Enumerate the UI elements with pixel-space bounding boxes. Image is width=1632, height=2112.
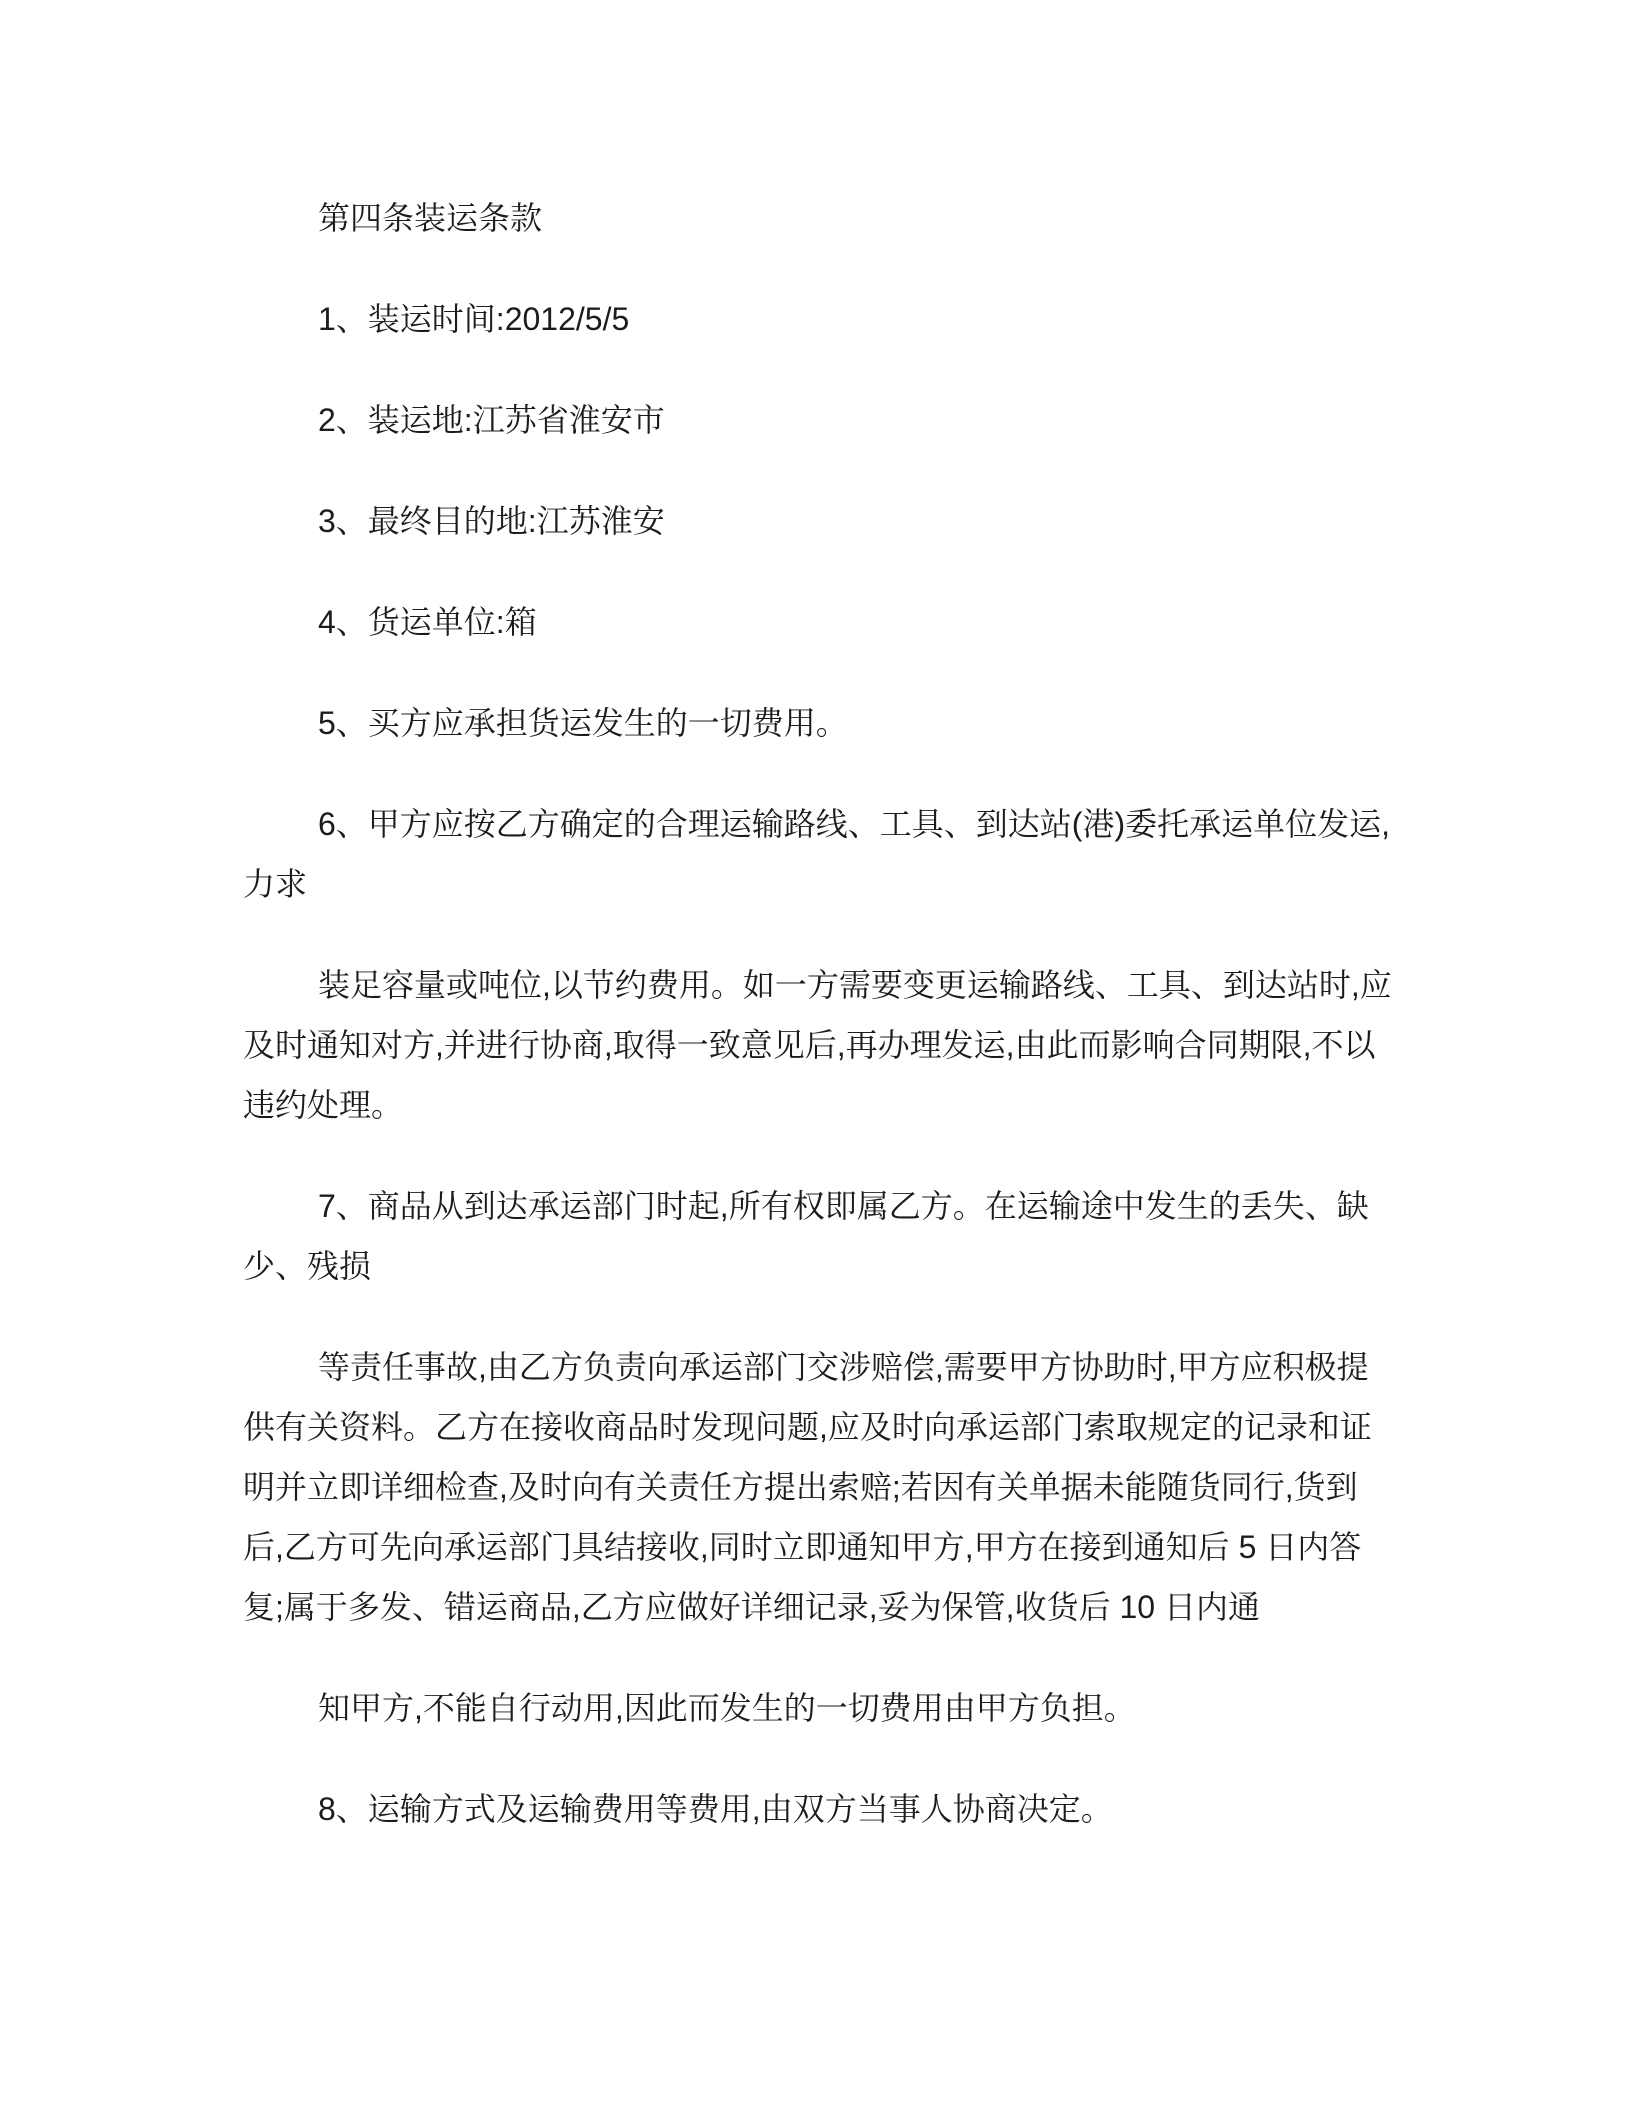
item-3-final-destination: 3、最终目的地:江苏淮安 — [243, 491, 1404, 551]
text-line: 装足容量或吨位,以节约费用。如一方需要变更运输路线、工具、到达站时,应 — [243, 955, 1404, 1015]
item-6-carrier-dispatch: 6、甲方应按乙方确定的合理运输路线、工具、到达站(港)委托承运单位发运,力求 — [243, 794, 1404, 914]
text-line: 3、最终目的地:江苏淮安 — [243, 491, 1404, 551]
item-8-transport-method: 8、运输方式及运输费用等费用,由双方当事人协商决定。 — [243, 1779, 1404, 1839]
item-4-freight-unit: 4、货运单位:箱 — [243, 592, 1404, 652]
text-line: 及时通知对方,并进行协商,取得一致意见后,再办理发运,由此而影响合同期限,不以 — [243, 1015, 1404, 1075]
para-notify-party-a: 知甲方,不能自行动用,因此而发生的一切费用由甲方负担。 — [243, 1678, 1404, 1738]
text-line: 2、装运地:江苏省淮安市 — [243, 390, 1404, 450]
text-line: 4、货运单位:箱 — [243, 592, 1404, 652]
text-line: 第四条装运条款 — [243, 188, 1404, 248]
text-line: 违约处理。 — [243, 1075, 1404, 1135]
text-line: 7、商品从到达承运部门时起,所有权即属乙方。在运输途中发生的丢失、缺 — [243, 1176, 1404, 1236]
para-capacity-and-route-change: 装足容量或吨位,以节约费用。如一方需要变更运输路线、工具、到达站时,应及时通知对… — [243, 955, 1404, 1135]
text-line: 等责任事故,由乙方负责向承运部门交涉赔偿,需要甲方协助时,甲方应积极提 — [243, 1337, 1404, 1397]
text-line: 6、甲方应按乙方确定的合理运输路线、工具、到达站(港)委托承运单位发运, — [243, 794, 1404, 854]
item-5-buyer-costs: 5、买方应承担货运发生的一切费用。 — [243, 693, 1404, 753]
text-line: 明并立即详细检查,及时向有关责任方提出索赔;若因有关单据未能随货同行,货到 — [243, 1457, 1404, 1517]
text-line: 力求 — [243, 854, 1404, 914]
document-page: 第四条装运条款1、装运时间:2012/5/52、装运地:江苏省淮安市3、最终目的… — [0, 0, 1632, 2112]
text-line: 复;属于多发、错运商品,乙方应做好详细记录,妥为保管,收货后 10 日内通 — [243, 1577, 1404, 1637]
text-line: 1、装运时间:2012/5/5 — [243, 289, 1404, 349]
item-7-ownership-transfer: 7、商品从到达承运部门时起,所有权即属乙方。在运输途中发生的丢失、缺少、残损 — [243, 1176, 1404, 1296]
section-heading: 第四条装运条款 — [243, 188, 1404, 248]
para-claims-liability: 等责任事故,由乙方负责向承运部门交涉赔偿,需要甲方协助时,甲方应积极提供有关资料… — [243, 1337, 1404, 1637]
item-2-shipping-place: 2、装运地:江苏省淮安市 — [243, 390, 1404, 450]
text-line: 少、残损 — [243, 1236, 1404, 1296]
text-line: 知甲方,不能自行动用,因此而发生的一切费用由甲方负担。 — [243, 1678, 1404, 1738]
text-line: 8、运输方式及运输费用等费用,由双方当事人协商决定。 — [243, 1779, 1404, 1839]
document-body: 第四条装运条款1、装运时间:2012/5/52、装运地:江苏省淮安市3、最终目的… — [243, 188, 1404, 1839]
item-1-shipping-time: 1、装运时间:2012/5/5 — [243, 289, 1404, 349]
text-line: 供有关资料。乙方在接收商品时发现问题,应及时向承运部门索取规定的记录和证 — [243, 1397, 1404, 1457]
text-line: 后,乙方可先向承运部门具结接收,同时立即通知甲方,甲方在接到通知后 5 日内答 — [243, 1517, 1404, 1577]
text-line: 5、买方应承担货运发生的一切费用。 — [243, 693, 1404, 753]
